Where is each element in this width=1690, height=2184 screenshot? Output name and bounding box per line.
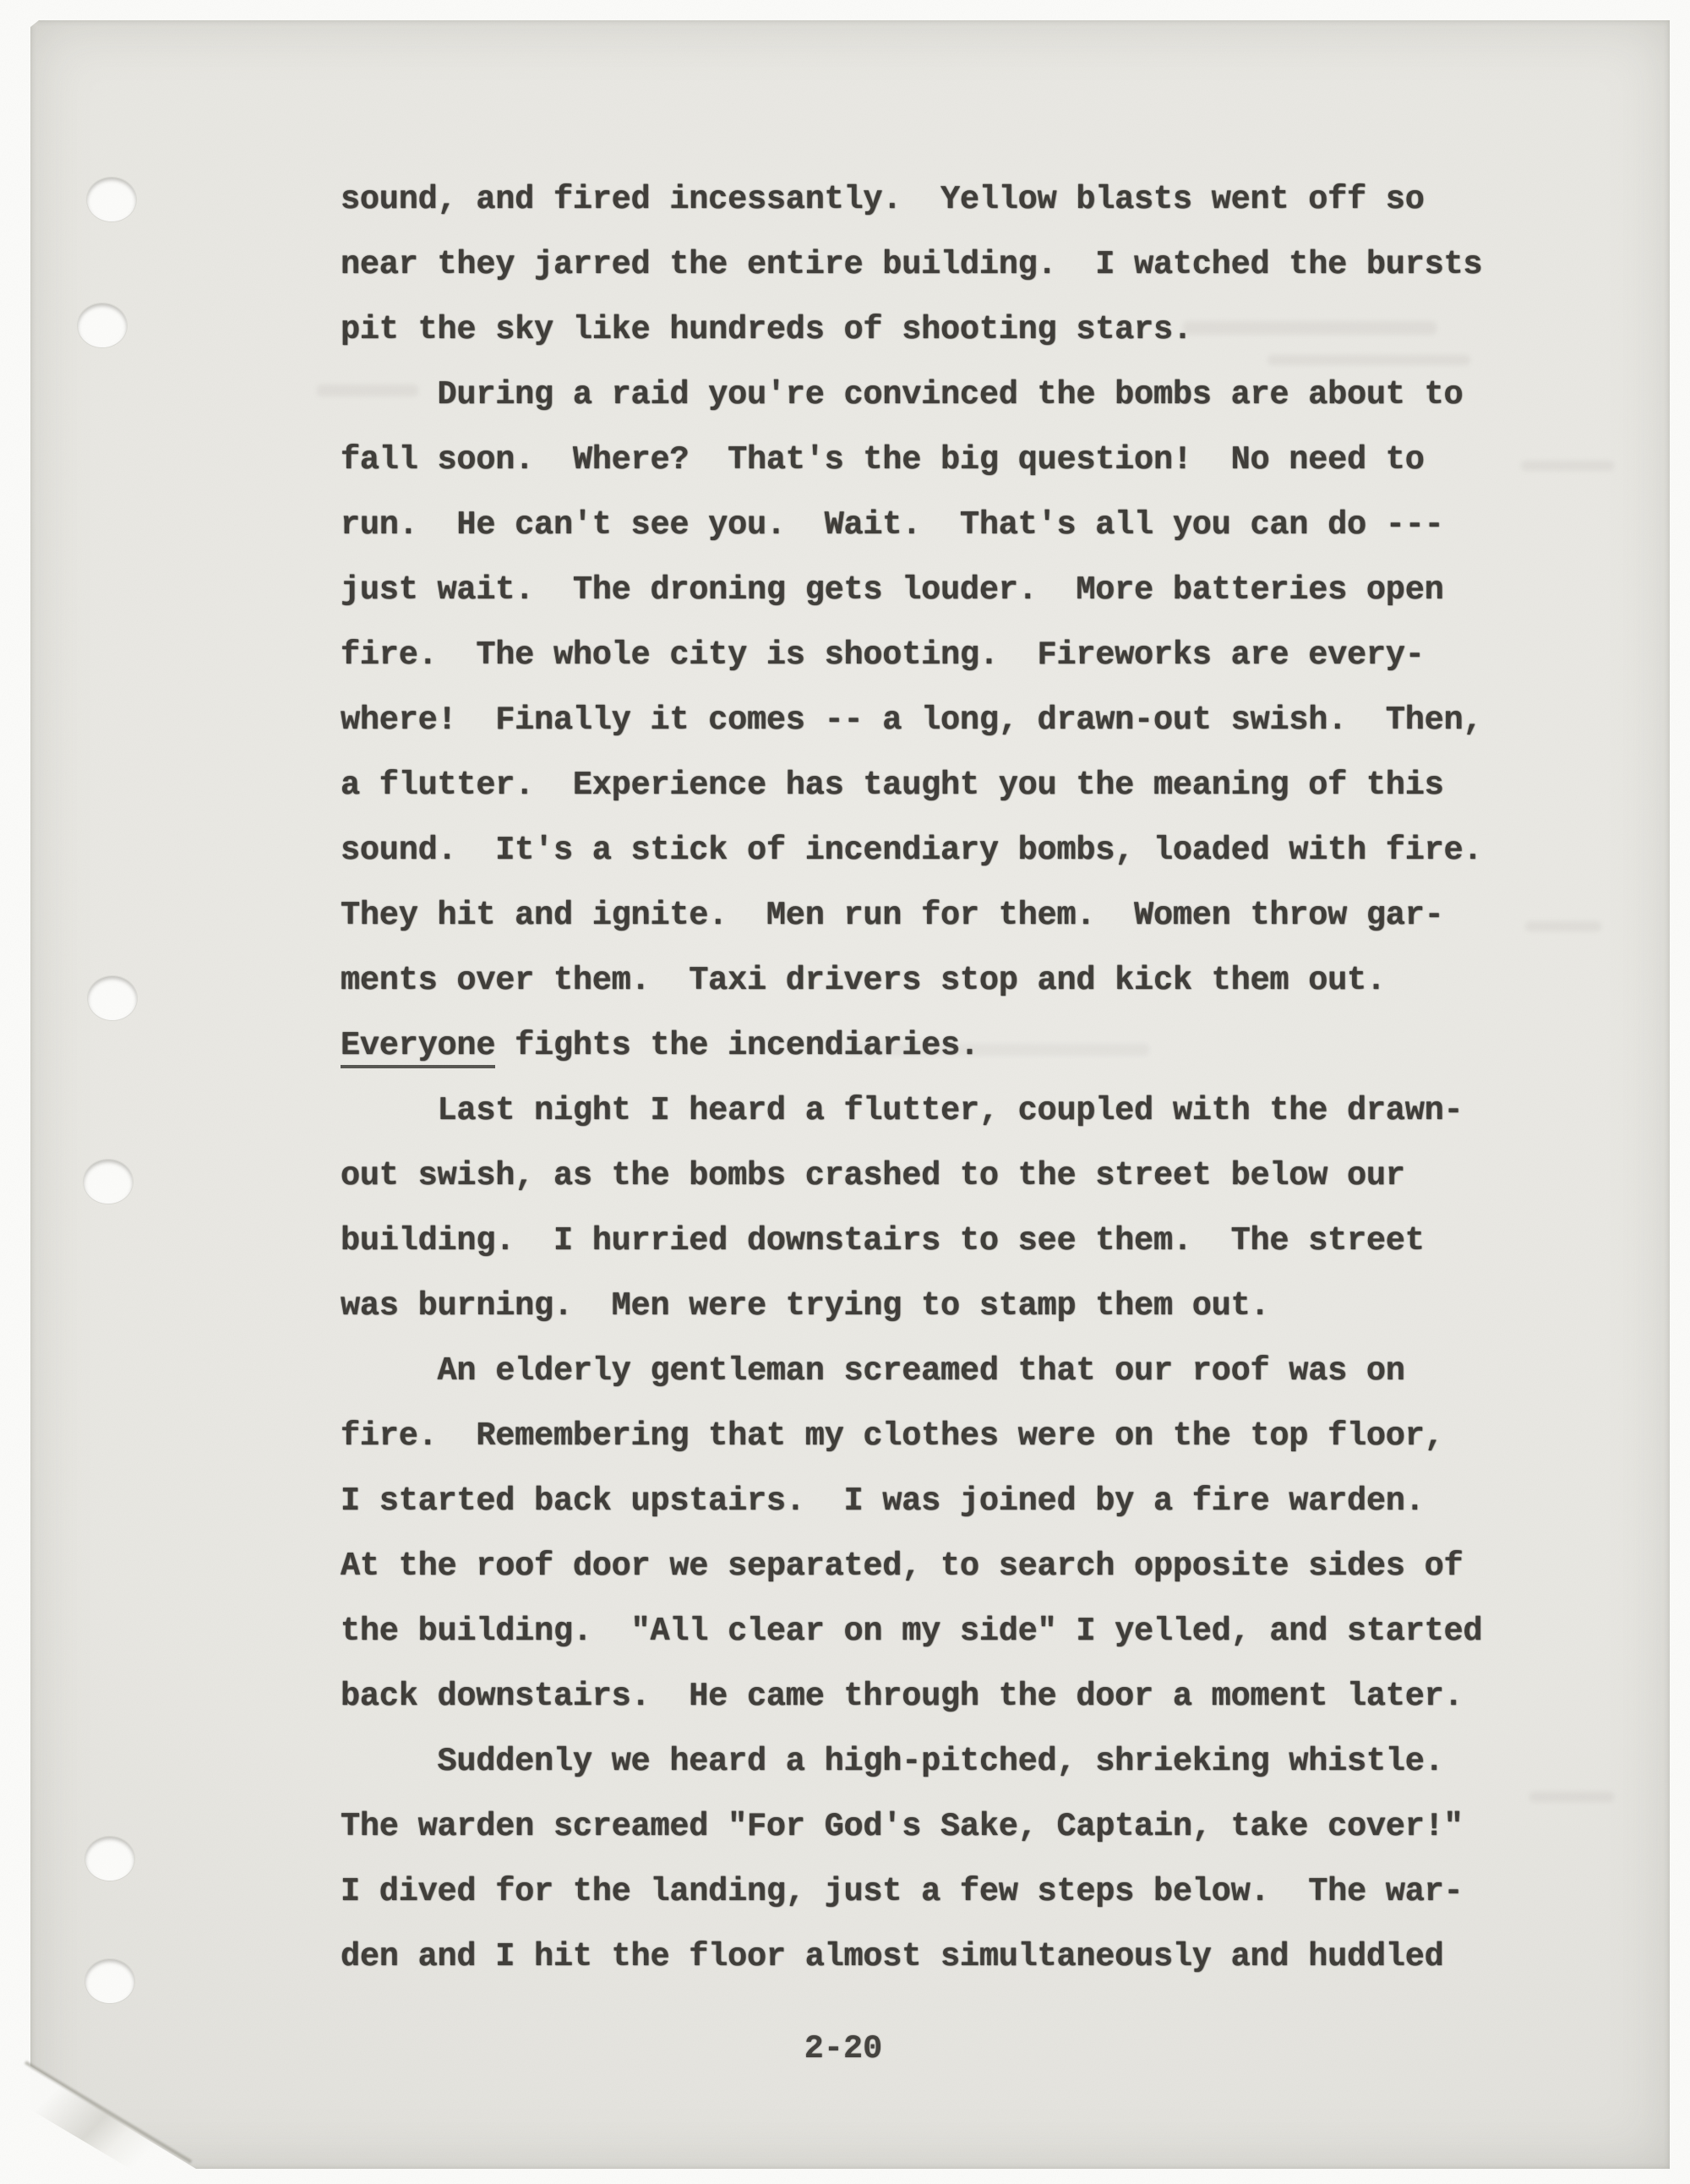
text-line: fire. Remembering that my clothes were o… — [341, 1404, 1482, 1469]
text-line: sound, and fired incessantly. Yellow bla… — [341, 167, 1482, 232]
scanned-document: { "document": { "page_number": "2-20", "… — [0, 0, 1690, 2184]
text-line: Suddenly we heard a high-pitched, shriek… — [341, 1729, 1482, 1794]
punch-hole — [78, 303, 127, 347]
text-line: building. I hurried downstairs to see th… — [341, 1209, 1482, 1274]
typewritten-text: sound, and fired incessantly. Yellow bla… — [341, 167, 1482, 1990]
text-line: just wait. The droning gets louder. More… — [341, 558, 1482, 623]
text-line: den and I hit the floor almost simultane… — [341, 1925, 1482, 1990]
punch-hole — [84, 1160, 133, 1204]
text-line: An elderly gentleman screamed that our r… — [341, 1339, 1482, 1404]
text-line: was burning. Men were trying to stamp th… — [341, 1274, 1482, 1339]
page-number: 2-20 — [744, 2017, 943, 2082]
text-line: back downstairs. He came through the doo… — [341, 1664, 1482, 1729]
punch-hole — [87, 177, 136, 221]
text-line: At the roof door we separated, to search… — [341, 1534, 1482, 1599]
punch-hole — [85, 1959, 134, 2003]
text-line: I dived for the landing, just a few step… — [341, 1859, 1482, 1925]
punch-hole — [88, 976, 137, 1020]
punch-hole — [85, 1837, 134, 1881]
text-line: During a raid you're convinced the bombs… — [341, 363, 1482, 428]
text-line: near they jarred the entire building. I … — [341, 232, 1482, 298]
text-line: They hit and ignite. Men run for them. W… — [341, 883, 1482, 948]
text-line: fall soon. Where? That's the big questio… — [341, 428, 1482, 493]
text-line: ments over them. Taxi drivers stop and k… — [341, 948, 1482, 1013]
text-line: Everyone fights the incendiaries. — [341, 1013, 1482, 1078]
text-line: pit the sky like hundreds of shooting st… — [341, 298, 1482, 363]
text-line: fire. The whole city is shooting. Firewo… — [341, 623, 1482, 688]
text-line: a flutter. Experience has taught you the… — [341, 753, 1482, 818]
text-line: sound. It's a stick of incendiary bombs,… — [341, 818, 1482, 883]
underlined-word: Everyone — [341, 1027, 495, 1068]
text-line: run. He can't see you. Wait. That's all … — [341, 493, 1482, 558]
text-line: I started back upstairs. I was joined by… — [341, 1469, 1482, 1534]
text-line: the building. "All clear on my side" I y… — [341, 1599, 1482, 1664]
text-line: where! Finally it comes -- a long, drawn… — [341, 688, 1482, 753]
text-line: out swish, as the bombs crashed to the s… — [341, 1144, 1482, 1209]
text-line: The warden screamed "For God's Sake, Cap… — [341, 1794, 1482, 1859]
text-line: Last night I heard a flutter, coupled wi… — [341, 1078, 1482, 1144]
